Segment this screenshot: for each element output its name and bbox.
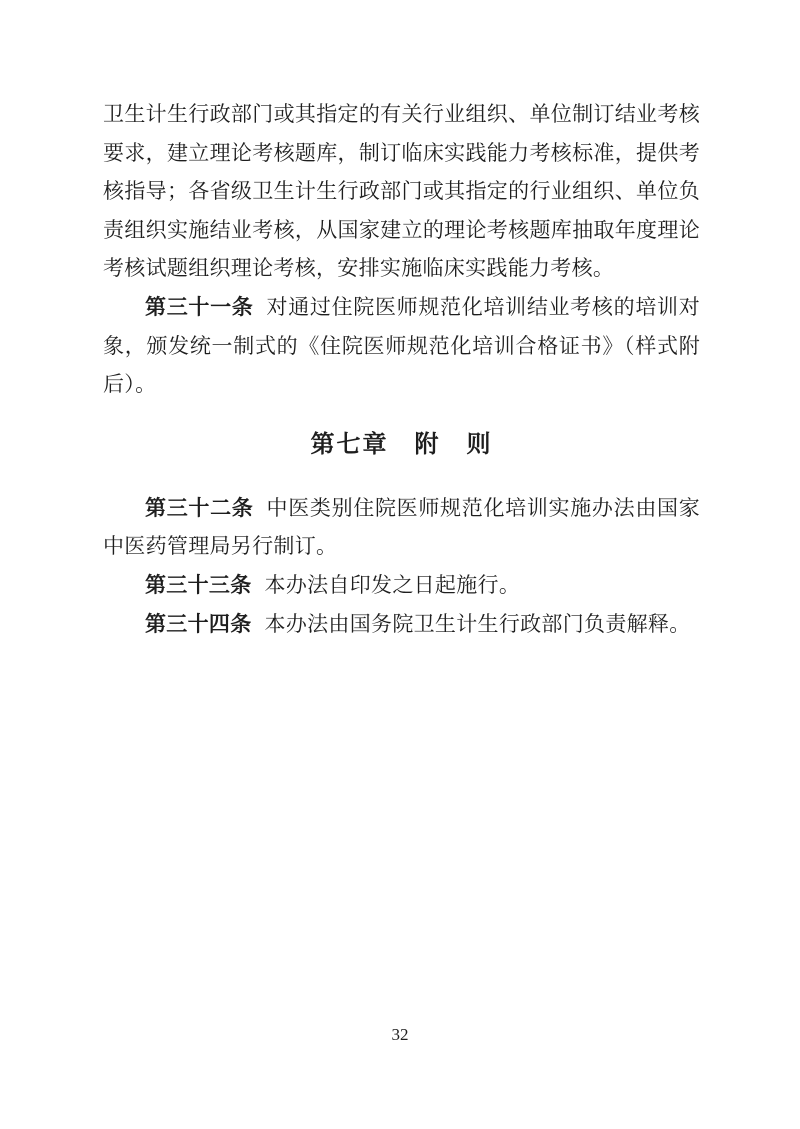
chapter-heading: 第七章 附 则 (103, 425, 700, 465)
document-page: 卫生计生行政部门或其指定的有关行业组织、单位制订结业考核要求，建立理论考核题库，… (0, 0, 800, 1129)
article-31-label: 第三十一条 (145, 295, 253, 319)
article-32-label: 第三十二条 (145, 496, 253, 520)
article-32: 第三十二条中医类别住院医师规范化培训实施办法由国家中医药管理局另行制订。 (103, 489, 700, 566)
document-content: 卫生计生行政部门或其指定的有关行业组织、单位制订结业考核要求，建立理论考核题库，… (0, 0, 800, 643)
article-33: 第三十三条本办法自印发之日起施行。 (103, 566, 700, 605)
article-31: 第三十一条对通过住院医师规范化培训结业考核的培训对象，颁发统一制式的《住院医师规… (103, 288, 700, 404)
paragraph-assessment-requirements: 卫生计生行政部门或其指定的有关行业组织、单位制订结业考核要求，建立理论考核题库，… (103, 95, 700, 288)
article-33-text: 本办法自印发之日起施行。 (265, 573, 521, 597)
article-34-text: 本办法由国务院卫生计生行政部门负责解释。 (265, 612, 691, 636)
article-34: 第三十四条本办法由国务院卫生计生行政部门负责解释。 (103, 605, 700, 644)
article-34-label: 第三十四条 (145, 612, 252, 636)
page-number: 32 (0, 1023, 800, 1047)
article-33-label: 第三十三条 (145, 573, 252, 597)
